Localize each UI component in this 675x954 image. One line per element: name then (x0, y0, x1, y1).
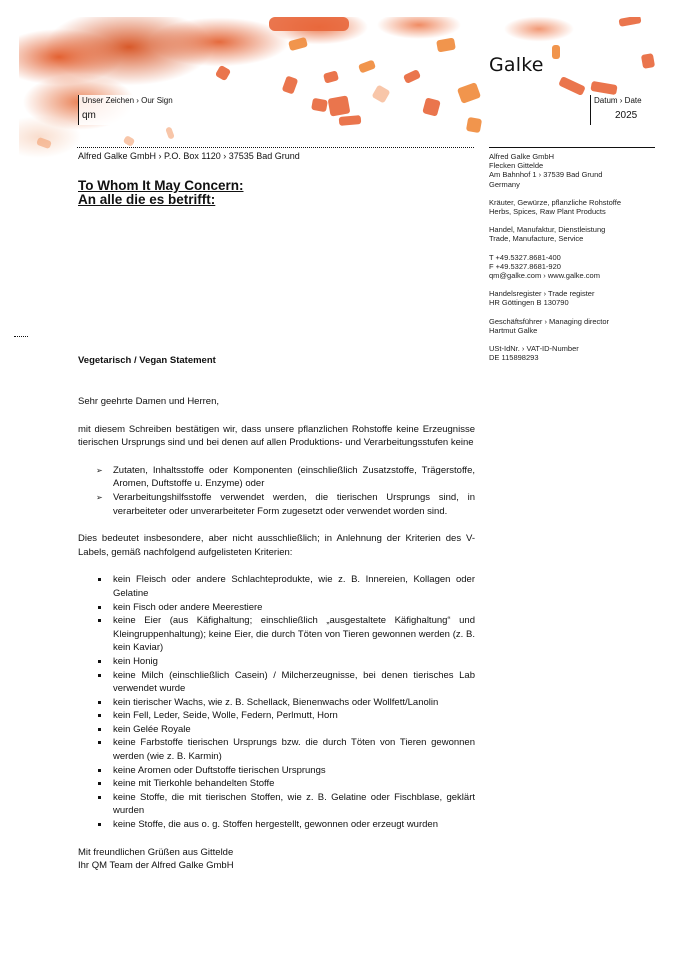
sidebar-divider (489, 147, 655, 148)
closing: Mit freundlichen Grüßen aus Gittelde (78, 846, 475, 860)
list-item: Verarbeitungshilfsstoffe verwendet werde… (78, 491, 475, 518)
criteria-item: kein Honig (78, 655, 475, 669)
letterhead-banner-image (19, 17, 655, 165)
letter-body: Sehr geehrte Damen und Herren, mit diese… (78, 395, 475, 873)
sidebar-line: Geschäftsführer › Managing director (489, 317, 655, 326)
sidebar-block: Handelsregister › Trade registerHR Götti… (489, 289, 655, 307)
date-value: 2025 (594, 109, 654, 123)
intro-paragraph: mit diesem Schreiben bestätigen wir, das… (78, 423, 475, 450)
sidebar-line: Flecken Gittelde (489, 161, 655, 170)
criteria-list: kein Fleisch oder andere Schlachteproduk… (78, 573, 475, 831)
criteria-item: kein Gelée Royale (78, 723, 475, 737)
sidebar-line: USt-IdNr. › VAT-ID-Number (489, 344, 655, 353)
sidebar-block: USt-IdNr. › VAT-ID-NumberDE 115898293 (489, 344, 655, 362)
criteria-item: keine mit Tierkohle behandelten Stoffe (78, 777, 475, 791)
our-sign-value: qm (82, 109, 192, 123)
date-label: Datum › Date (594, 96, 654, 106)
sidebar-block: Handel, Manufaktur, DienstleistungTrade,… (489, 225, 655, 243)
sidebar-line: HR Göttingen B 130790 (489, 298, 655, 307)
criteria-item: keine Farbstoffe tierischen Ursprungs bz… (78, 736, 475, 763)
criteria-item: keine Stoffe, die aus o. g. Stoffen herg… (78, 818, 475, 832)
galke-logo: Galke (489, 54, 544, 76)
criteria-item: keine Stoffe, die mit tierischen Stoffen… (78, 791, 475, 818)
sidebar-line: Trade, Manufacture, Service (489, 234, 655, 243)
sidebar-line: Kräuter, Gewürze, pflanzliche Rohstoffe (489, 198, 655, 207)
sidebar-line: qm@galke.com › www.galke.com (489, 271, 655, 280)
our-sign-field: Unser Zeichen › Our Sign qm (78, 95, 192, 125)
criteria-item: keine Aromen oder Duftstoffe tierischen … (78, 764, 475, 778)
arrow-list: Zutaten, Inhaltsstoffe oder Komponenten … (78, 464, 475, 518)
list-item: Zutaten, Inhaltsstoffe oder Komponenten … (78, 464, 475, 491)
criteria-item: keine Eier (aus Käfighaltung; einschließ… (78, 614, 475, 655)
salutation: Sehr geehrte Damen und Herren, (78, 395, 475, 409)
sidebar-line: Germany (489, 180, 655, 189)
company-info-sidebar: Alfred Galke GmbHFlecken GitteldeAm Bahn… (489, 152, 655, 371)
heading-german: An alle die es betrifft: (78, 193, 244, 207)
criteria-item: kein tierischer Wachs, wie z. B. Schella… (78, 696, 475, 710)
date-field: Datum › Date 2025 (590, 95, 654, 125)
criteria-item: kein Fleisch oder andere Schlachteproduk… (78, 573, 475, 600)
sidebar-line: Alfred Galke GmbH (489, 152, 655, 161)
heading-english: To Whom It May Concern: (78, 179, 244, 193)
our-sign-label: Unser Zeichen › Our Sign (82, 96, 192, 106)
sidebar-line: Am Bahnhof 1 › 37539 Bad Grund (489, 170, 655, 179)
sidebar-line: Handel, Manufaktur, Dienstleistung (489, 225, 655, 234)
letter-heading: To Whom It May Concern: An alle die es b… (78, 179, 244, 207)
return-address: Alfred Galke GmbH › P.O. Box 1120 › 3753… (78, 150, 300, 162)
sidebar-block: Alfred Galke GmbHFlecken GitteldeAm Bahn… (489, 152, 655, 189)
criteria-intro: Dies bedeutet insbesondere, aber nicht a… (78, 532, 475, 559)
sidebar-line: Hartmut Galke (489, 326, 655, 335)
sidebar-line: DE 115898293 (489, 353, 655, 362)
sidebar-line: Herbs, Spices, Raw Plant Products (489, 207, 655, 216)
criteria-item: kein Fisch oder andere Meerestiere (78, 601, 475, 615)
criteria-item: kein Fell, Leder, Seide, Wolle, Federn, … (78, 709, 475, 723)
sidebar-block: Kräuter, Gewürze, pflanzliche RohstoffeH… (489, 198, 655, 216)
sidebar-block: Geschäftsführer › Managing directorHartm… (489, 317, 655, 335)
address-divider (77, 147, 474, 148)
sidebar-line: Handelsregister › Trade register (489, 289, 655, 298)
subject-line: Vegetarisch / Vegan Statement (78, 355, 216, 366)
signature: Ihr QM Team der Alfred Galke GmbH (78, 859, 475, 873)
sidebar-line: F +49.5327.8681-920 (489, 262, 655, 271)
sidebar-block: T +49.5327.8681-400F +49.5327.8681-920qm… (489, 253, 655, 281)
criteria-item: keine Milch (einschließlich Casein) / Mi… (78, 669, 475, 696)
sidebar-line: T +49.5327.8681-400 (489, 253, 655, 262)
fold-mark (14, 336, 28, 337)
